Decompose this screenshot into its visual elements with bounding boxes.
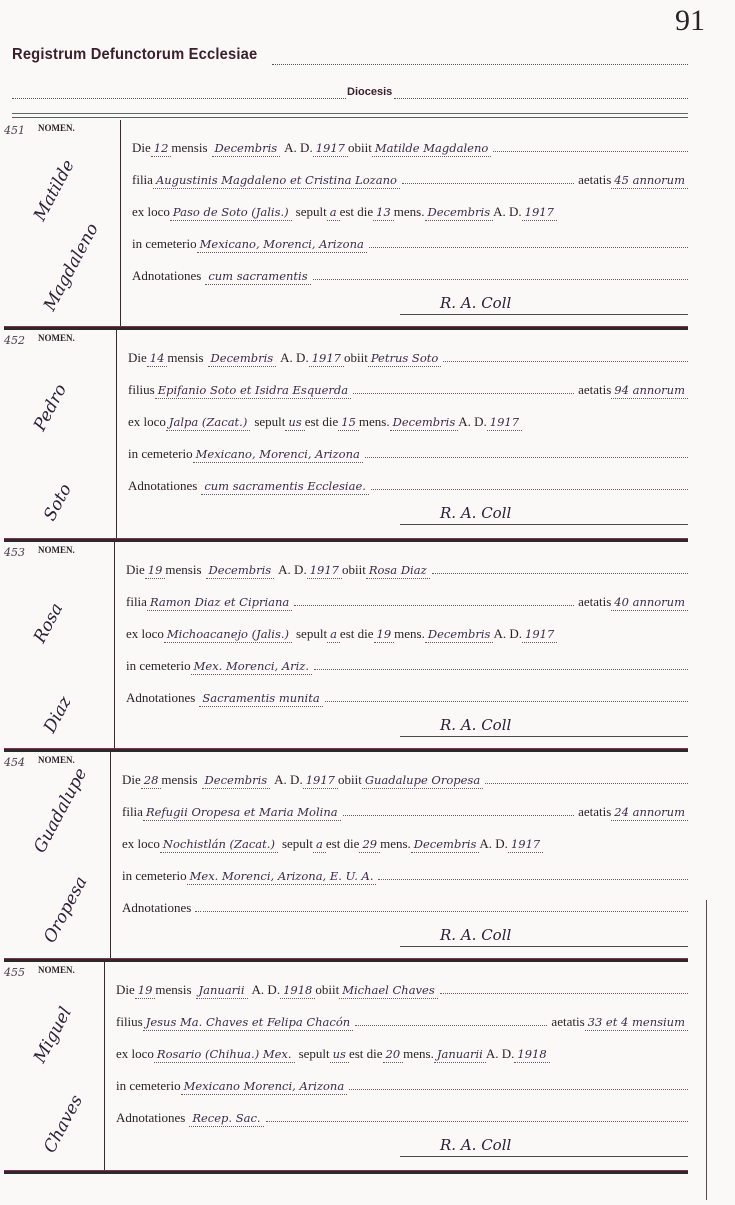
deceased-name: Rosa Diaz	[366, 562, 430, 579]
death-year: 1918	[280, 982, 315, 999]
death-month: Decembris	[212, 140, 281, 157]
die-label: Die	[132, 138, 151, 158]
mens-label: mens.	[403, 1044, 434, 1064]
place-of-origin: Jalpa (Zacat.)	[166, 414, 250, 431]
death-month: Januarii	[196, 982, 248, 999]
die-label: Die	[128, 348, 147, 368]
annotations: cum sacramentis Ecclesiae.	[201, 478, 369, 495]
priest-signature: R. A. Coll	[440, 504, 511, 522]
parents-line: filiusEpifanio Soto et Isidra Esquerdaae…	[128, 380, 688, 400]
burial-month: Decembris	[425, 204, 494, 221]
entry-number: 451	[4, 124, 25, 137]
burial-year: 1918	[514, 1046, 549, 1063]
margin-name-last: Chaves	[40, 1092, 87, 1157]
age: 40 annorum	[611, 594, 688, 611]
column-divider	[110, 752, 111, 958]
burial-day: 29	[359, 836, 380, 853]
mensis-label: mensis	[167, 348, 203, 368]
deceased-name: Matilde Magdaleno	[372, 140, 491, 157]
est-die-label: est die	[326, 834, 360, 854]
death-day: 12	[151, 140, 172, 157]
priest-signature: R. A. Coll	[440, 294, 511, 312]
margin-name-last: Soto	[40, 481, 76, 525]
parents-line: filiusJesus Ma. Chaves et Felipa Chacóna…	[116, 1012, 688, 1032]
ex-loco-label: ex loco	[128, 412, 166, 432]
place-of-origin: Rosario (Chihua.) Mex.	[154, 1046, 295, 1063]
mensis-label: mensis	[155, 980, 191, 1000]
parents-names: Jesus Ma. Chaves et Felipa Chacón	[143, 1014, 353, 1031]
burial-month: Decembris	[411, 836, 480, 853]
ad-label: A. D.	[284, 138, 313, 158]
entry-number: 452	[4, 334, 25, 347]
entry-number: 454	[4, 756, 25, 769]
origin-burial-line: ex locoNochistlán (Zacat.)sepultaest die…	[122, 834, 688, 854]
death-year: 1917	[309, 350, 344, 367]
parents-names: Refugii Oropesa et Maria Molina	[143, 804, 341, 821]
death-day: 19	[145, 562, 166, 579]
sepult-suffix: a	[327, 626, 340, 643]
aetatis-label: aetatis	[578, 170, 611, 190]
obiit-label: obiit	[342, 560, 366, 580]
margin-name-first: Pedro	[30, 381, 71, 435]
death-date-line: Die14mensisDecembrisA. D.1917obiitPetrus…	[128, 348, 688, 368]
register-entry: 455 NOMEN. Miguel Chaves Die19mensisJanu…	[0, 962, 688, 1174]
die-label: Die	[126, 560, 145, 580]
burial-month: Decembris	[425, 626, 494, 643]
cemetery-line: in cemeterioMexicano, Morenci, Arizona	[128, 444, 688, 464]
ad-label: A. D.	[479, 834, 508, 854]
ad-label: A. D.	[252, 980, 281, 1000]
age: 24 annorum	[611, 804, 688, 821]
filius-label: filius	[116, 1012, 143, 1032]
age: 94 annorum	[611, 382, 688, 399]
register-entry: 453 NOMEN. Rosa Diaz Die19mensisDecembri…	[0, 542, 688, 752]
deceased-name: Michael Chaves	[339, 982, 438, 999]
est-die-label: est die	[340, 624, 374, 644]
diocesis-label: Diocesis	[347, 86, 392, 98]
annotations	[195, 911, 201, 912]
death-day: 19	[135, 982, 156, 999]
sepult-suffix: a	[313, 836, 326, 853]
entry-separator-rule	[4, 1170, 688, 1174]
filius-label: filia	[122, 802, 143, 822]
obiit-label: obiit	[338, 770, 362, 790]
cemetery-line: in cemeterioMexicano, Morenci, Arizona	[132, 234, 688, 254]
mens-label: mens.	[359, 412, 390, 432]
sepult-suffix: us	[285, 414, 304, 431]
cemeterio-label: in cemeterio	[132, 234, 197, 254]
origin-burial-line: ex locoRosario (Chihua.) Mex.sepultusest…	[116, 1044, 688, 1064]
mensis-label: mensis	[165, 560, 201, 580]
burial-year: 1917	[522, 626, 557, 643]
burial-day: 15	[338, 414, 359, 431]
adnotationes-label: Adnotationes	[132, 266, 201, 286]
priest-signature: R. A. Coll	[440, 716, 511, 734]
sepult-suffix: us	[330, 1046, 349, 1063]
aetatis-label: aetatis	[578, 592, 611, 612]
death-month: Decembris	[202, 772, 271, 789]
annotations: Recep. Sac.	[189, 1110, 263, 1127]
annotations-line: AdnotationesRecep. Sac.	[116, 1108, 688, 1128]
cemetery-line: in cemeterioMex. Morenci, Ariz.	[126, 656, 688, 676]
death-year: 1917	[307, 562, 342, 579]
signature-line	[400, 946, 688, 947]
column-divider	[120, 120, 121, 326]
burial-day: 13	[373, 204, 394, 221]
column-divider	[116, 330, 117, 538]
signature-line	[400, 1156, 688, 1157]
annotations-line: Adnotationescum sacramentis	[132, 266, 688, 286]
annotations-line: AdnotationesSacramentis munita	[126, 688, 688, 708]
filius-label: filius	[128, 380, 155, 400]
parents-names: Augustinis Magdaleno et Cristina Lozano	[153, 172, 400, 189]
place-of-origin: Nochistlán (Zacat.)	[160, 836, 278, 853]
margin-name-first: Guadalupe	[30, 765, 91, 857]
aetatis-label: aetatis	[578, 802, 611, 822]
ad-label: A. D.	[493, 202, 522, 222]
cemeterio-label: in cemeterio	[122, 866, 187, 886]
priest-signature: R. A. Coll	[440, 1136, 511, 1154]
obiit-label: obiit	[348, 138, 372, 158]
ex-loco-label: ex loco	[116, 1044, 154, 1064]
page-number: 91	[675, 4, 705, 38]
parents-names: Ramon Diaz et Cipriana	[147, 594, 292, 611]
death-month: Decembris	[206, 562, 275, 579]
register-entry: 454 NOMEN. Guadalupe Oropesa Die28mensis…	[0, 752, 688, 962]
ad-label: A. D.	[493, 624, 522, 644]
header-double-rule	[12, 113, 688, 118]
death-day: 14	[147, 350, 168, 367]
ad-label: A. D.	[458, 412, 487, 432]
adnotationes-label: Adnotationes	[126, 688, 195, 708]
mens-label: mens.	[380, 834, 411, 854]
parents-line: filiaRamon Diaz et Ciprianaaetatis40 ann…	[126, 592, 688, 612]
origin-burial-line: ex locoMichoacanejo (Jalis.)sepultaest d…	[126, 624, 688, 644]
death-date-line: Die19mensisJanuariiA. D.1918obiitMichael…	[116, 980, 688, 1000]
est-die-label: est die	[349, 1044, 383, 1064]
adnotationes-label: Adnotationes	[122, 898, 191, 918]
margin-name-first: Matilde	[30, 157, 79, 225]
aetatis-label: aetatis	[551, 1012, 584, 1032]
right-edge-line	[706, 900, 707, 1200]
annotations: Sacramentis munita	[199, 690, 322, 707]
adnotationes-label: Adnotationes	[128, 476, 197, 496]
burial-month: Decembris	[390, 414, 459, 431]
entry-number: 453	[4, 546, 25, 559]
die-label: Die	[116, 980, 135, 1000]
deceased-name: Petrus Soto	[368, 350, 441, 367]
deceased-name: Guadalupe Oropesa	[362, 772, 483, 789]
nomen-label: NOMEN.	[38, 965, 75, 975]
place-of-origin: Michoacanejo (Jalis.)	[164, 626, 292, 643]
burial-year: 1917	[487, 414, 522, 431]
age: 45 annorum	[611, 172, 688, 189]
ex-loco-label: ex loco	[122, 834, 160, 854]
signature-line	[400, 314, 688, 315]
mens-label: mens.	[394, 624, 425, 644]
sepult-suffix: a	[327, 204, 340, 221]
annotations-line: Adnotationescum sacramentis Ecclesiae.	[128, 476, 688, 496]
mensis-label: mensis	[171, 138, 207, 158]
register-entry: 452 NOMEN. Pedro Soto Die14mensisDecembr…	[0, 330, 688, 542]
ex-loco-label: ex loco	[132, 202, 170, 222]
burial-year: 1917	[522, 204, 557, 221]
cemeterio-label: in cemeterio	[128, 444, 193, 464]
cemetery-name: Mexicano Morenci, Arizona	[181, 1078, 348, 1095]
column-divider	[114, 542, 115, 748]
aetatis-label: aetatis	[578, 380, 611, 400]
cemetery-name: Mexicano, Morenci, Arizona	[193, 446, 363, 463]
parents-names: Epifanio Soto et Isidra Esquerda	[155, 382, 351, 399]
obiit-label: obiit	[315, 980, 339, 1000]
margin-name-last: Oropesa	[40, 873, 92, 946]
margin-name-first: Rosa	[30, 600, 67, 646]
sepult-label: sepult	[299, 1044, 330, 1064]
diocesis-right-rule	[394, 98, 688, 99]
die-label: Die	[122, 770, 141, 790]
ex-loco-label: ex loco	[126, 624, 164, 644]
death-day: 28	[141, 772, 162, 789]
nomen-label: NOMEN.	[38, 755, 75, 765]
title-rule	[272, 64, 688, 65]
burial-month: Januarii	[434, 1046, 486, 1063]
entry-number: 455	[4, 966, 25, 979]
annotations: cum sacramentis	[205, 268, 310, 285]
burial-year: 1917	[508, 836, 543, 853]
cemetery-line: in cemeterioMex. Morenci, Arizona, E. U.…	[122, 866, 688, 886]
priest-signature: R. A. Coll	[440, 926, 511, 944]
mensis-label: mensis	[161, 770, 197, 790]
margin-name-first: Miguel	[30, 1004, 76, 1067]
filius-label: filia	[126, 592, 147, 612]
est-die-label: est die	[340, 202, 374, 222]
register-title: Registrum Defunctorum Ecclesiae	[12, 46, 257, 64]
death-date-line: Die12mensisDecembrisA. D.1917obiitMatild…	[132, 138, 688, 158]
filius-label: filia	[132, 170, 153, 190]
margin-name-last: Diaz	[40, 693, 76, 736]
death-date-line: Die28mensisDecembrisA. D.1917obiitGuadal…	[122, 770, 688, 790]
cemeterio-label: in cemeterio	[116, 1076, 181, 1096]
origin-burial-line: ex locoPaso de Soto (Jalis.)sepultaest d…	[132, 202, 688, 222]
sepult-label: sepult	[254, 412, 285, 432]
nomen-label: NOMEN.	[38, 545, 75, 555]
margin-name-last: Magdaleno	[40, 220, 103, 314]
age: 33 et 4 mensium	[585, 1014, 688, 1031]
signature-line	[400, 524, 688, 525]
sepult-label: sepult	[282, 834, 313, 854]
sepult-label: sepult	[296, 202, 327, 222]
origin-burial-line: ex locoJalpa (Zacat.)sepultusest die15me…	[128, 412, 688, 432]
nomen-label: NOMEN.	[38, 333, 75, 343]
death-year: 1917	[303, 772, 338, 789]
sepult-label: sepult	[296, 624, 327, 644]
ad-label: A. D.	[274, 770, 303, 790]
annotations-line: Adnotationes	[122, 898, 688, 918]
death-year: 1917	[313, 140, 348, 157]
ad-label: A. D.	[486, 1044, 515, 1064]
diocesis-left-rule	[12, 98, 346, 99]
est-die-label: est die	[305, 412, 339, 432]
burial-day: 20	[383, 1046, 404, 1063]
nomen-label: NOMEN.	[38, 123, 75, 133]
mens-label: mens.	[394, 202, 425, 222]
burial-day: 19	[374, 626, 395, 643]
obiit-label: obiit	[344, 348, 368, 368]
parents-line: filiaRefugii Oropesa et Maria Molinaaeta…	[122, 802, 688, 822]
adnotationes-label: Adnotationes	[116, 1108, 185, 1128]
column-divider	[104, 962, 105, 1170]
death-date-line: Die19mensisDecembrisA. D.1917obiitRosa D…	[126, 560, 688, 580]
death-month: Decembris	[208, 350, 277, 367]
ad-label: A. D.	[280, 348, 309, 368]
cemeterio-label: in cemeterio	[126, 656, 191, 676]
cemetery-line: in cemeterioMexicano Morenci, Arizona	[116, 1076, 688, 1096]
place-of-origin: Paso de Soto (Jalis.)	[170, 204, 292, 221]
signature-line	[400, 736, 688, 737]
register-entry: 451 NOMEN. Matilde Magdaleno Die12mensis…	[0, 120, 688, 330]
cemetery-name: Mex. Morenci, Ariz.	[191, 658, 312, 675]
cemetery-name: Mex. Morenci, Arizona, E. U. A.	[187, 868, 377, 885]
ad-label: A. D.	[278, 560, 307, 580]
cemetery-name: Mexicano, Morenci, Arizona	[197, 236, 367, 253]
parents-line: filiaAugustinis Magdaleno et Cristina Lo…	[132, 170, 688, 190]
